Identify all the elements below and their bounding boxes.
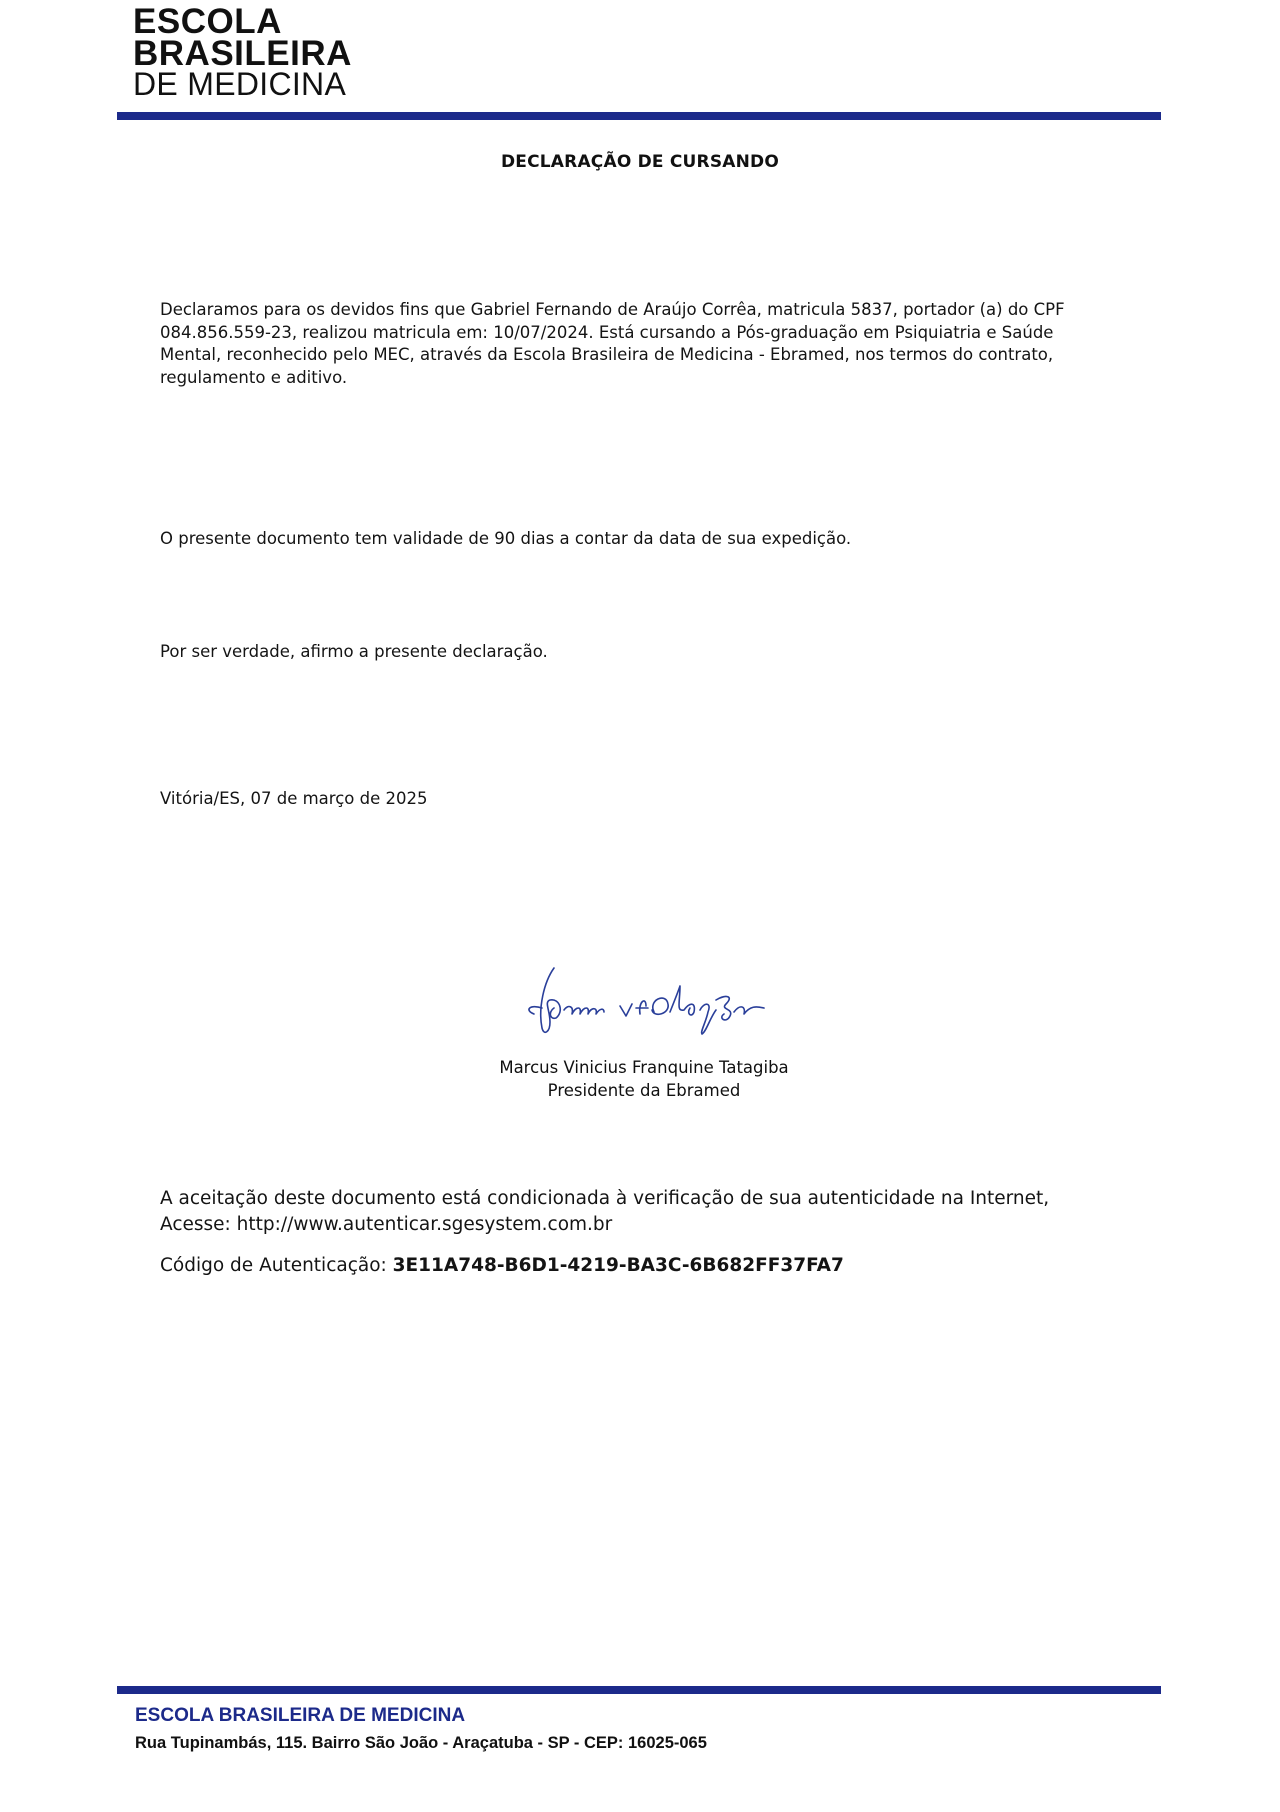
signer-role: Presidente da Ebramed xyxy=(4,1079,1280,1102)
affirmation-paragraph: Por ser verdade, afirmo a presente decla… xyxy=(160,641,548,664)
logo-line-3: DE MEDICINA xyxy=(133,70,352,99)
validity-paragraph: O presente documento tem validade de 90 … xyxy=(160,528,851,551)
declaration-paragraph: Declaramos para os devidos fins que Gabr… xyxy=(160,299,1090,389)
document-title: DECLARAÇÃO DE CURSANDO xyxy=(0,152,1280,172)
signer-name: Marcus Vinicius Franquine Tatagiba xyxy=(4,1056,1280,1079)
authentication-code-label: Código de Autenticação: xyxy=(160,1255,393,1276)
verification-url[interactable]: Acesse: http://www.autenticar.sgesystem.… xyxy=(160,1212,612,1238)
authenticity-notice: A aceitação deste documento está condici… xyxy=(160,1186,1049,1212)
authentication-code: 3E11A748-B6D1-4219-BA3C-6B682FF37FA7 xyxy=(393,1255,844,1276)
place-date: Vitória/ES, 07 de março de 2025 xyxy=(160,788,428,811)
footer-divider xyxy=(117,1686,1161,1694)
footer-address: Rua Tupinambás, 115. Bairro São João - A… xyxy=(135,1734,707,1753)
institution-logo: ESCOLA BRASILEIRA DE MEDICINA xyxy=(133,6,352,100)
header-divider xyxy=(117,112,1161,120)
signature-icon xyxy=(520,962,780,1042)
authentication-code-line: Código de Autenticação: 3E11A748-B6D1-42… xyxy=(160,1253,844,1279)
footer-institution-name: ESCOLA BRASILEIRA DE MEDICINA xyxy=(135,1705,465,1727)
